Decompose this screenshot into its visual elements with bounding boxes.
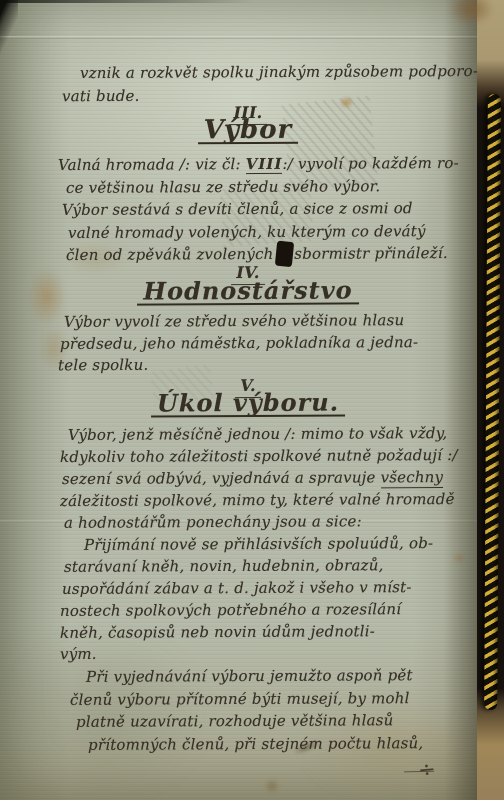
text-line: předsedu, jeho náměstka, pokladníka a je… [60,332,418,354]
text-line: přítomných členů, při stejném počtu hlas… [88,733,423,755]
underlined-word: všechny [380,468,443,488]
underlined-reference: VIII [246,155,283,174]
section-title-ukol-vyboru: Úkol výboru. [30,392,466,418]
section-title-vybor: Výbor [30,119,466,145]
text-segment: člen od zpěváků zvolených [66,245,274,264]
text-line: a hodnostářům ponechány jsou a sice: [64,511,362,533]
text-line: vým. [60,644,97,664]
section-title-label: Hodnostářstvo [137,280,358,305]
section-title-label: Úkol výboru. [151,392,345,417]
text-line: sezení svá odbývá, vyjednává a spravuje … [62,467,443,489]
text-segment: :/ vyvolí po každém ro- [282,154,458,173]
text-line: starávaní kněh, novin, hudebnin, obrazů, [64,555,384,577]
text-line: platně uzavírati, rozhoduje většina hlas… [76,710,394,732]
text-line: vznik a rozkvět spolku jinakým způsobem … [80,61,478,83]
section-title-label: Výbor [198,120,299,145]
text-line: ce většinou hlasu ze středu svého výbor. [66,176,380,198]
text-line: valné hromady volených, ku kterým co dev… [68,221,426,243]
text-line: nostech spolkových potřebného a rozesílá… [60,599,401,621]
scan-edge-top [0,0,300,3]
text-line: tele spolku. [58,355,149,375]
section-title-hodnostarstvo: Hodnostářstvo [30,280,466,306]
text-line: Výbor, jenž měsíčně jednou /: mimo to vš… [68,423,447,445]
text-segment: sbormistr přináleží. [294,244,448,263]
text-line: Výbor vyvolí ze středu svého většinou hl… [64,310,404,332]
text-line: kněh, časopisů neb novin údům jednotli- [60,621,375,643]
text-line: záležitosti spolkové, mimo ty, které val… [60,489,455,511]
scan-edge-corner [0,0,18,72]
text-line: uspořádání zábav a t. d. jakož i všeho v… [62,577,412,599]
text-line: Výbor sestává s devíti členů, a sice z o… [62,198,413,220]
text-line: kdykoliv toho záležitosti spolkové nutně… [60,445,458,467]
text-line: Přijímání nově se přihlásivších spoluúdů… [84,533,433,555]
text-line: členů výboru přítomné býti musejí, by mo… [70,688,410,710]
manuscript-page: vznik a rozkvět spolku jinakým způsobem … [0,0,504,800]
section-end-mark: ÷ [403,757,437,784]
text-segment: sezení svá odbývá, vyjednává a spravuje [62,468,381,488]
text-line: Při vyjednávání výboru jemužto aspoň pět [86,665,413,687]
text-line: Valná hromada /: viz čl: VIII:/ vyvolí p… [58,153,459,175]
text-segment: Valná hromada /: viz čl: [58,155,246,174]
